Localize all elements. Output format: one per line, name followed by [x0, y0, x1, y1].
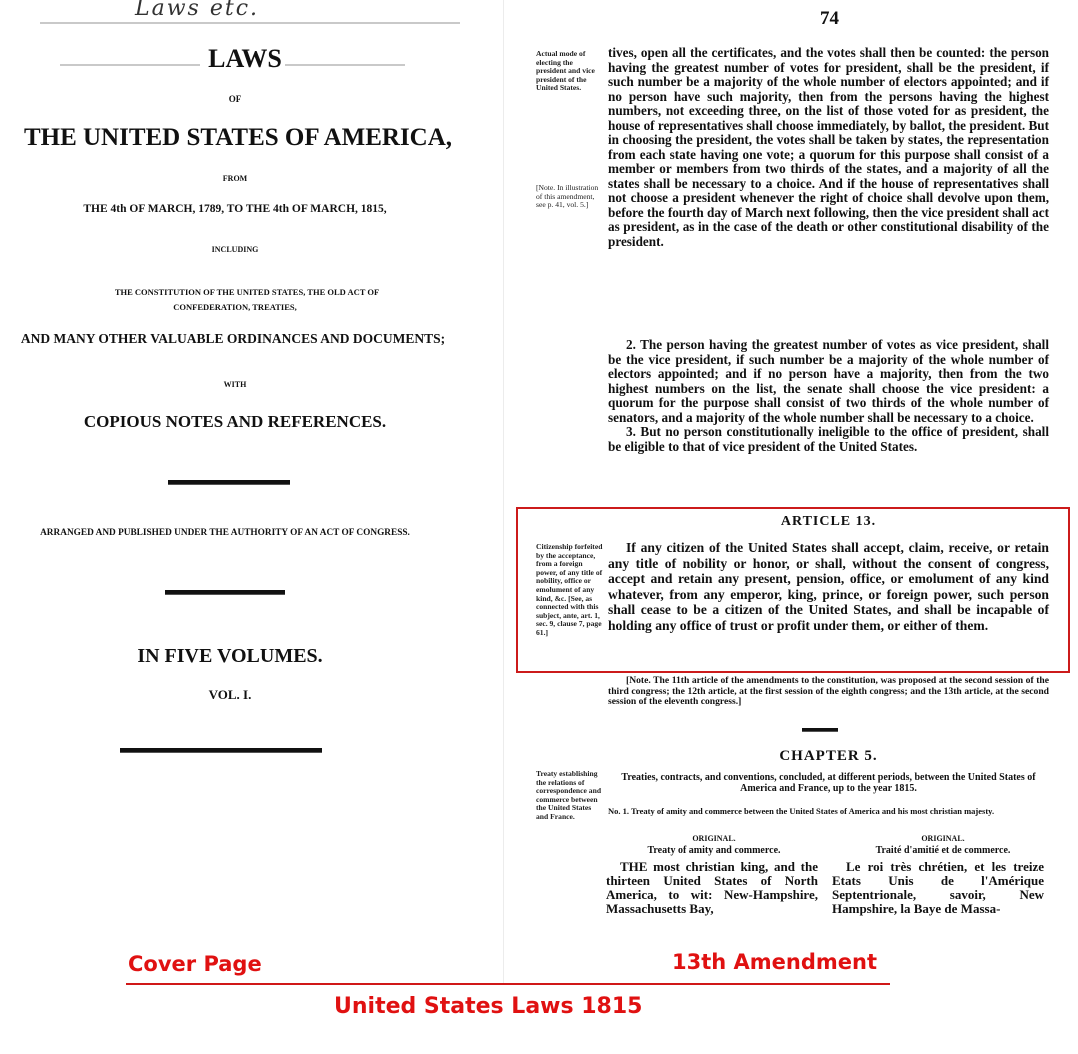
cover-many: AND MANY OTHER VALUABLE ORDINANCES AND D… [3, 331, 463, 347]
cover-country: THE UNITED STATES OF AMERICA, [8, 124, 468, 152]
cover-of: OF [0, 94, 470, 104]
caption-13th-amendment: 13th Amendment [672, 950, 877, 974]
paragraph-text: 3. But no person constitutionally inelig… [608, 425, 1049, 454]
page-number: 74 [820, 8, 839, 30]
cover-with: WITH [0, 380, 470, 389]
col-left-text: THE most christian king, and the thirtee… [606, 860, 818, 916]
paragraph-text: 2. The person having the greatest number… [608, 338, 1049, 425]
cover-title: LAWS [10, 44, 480, 74]
handwritten-note: Laws etc. [135, 0, 259, 21]
print-noise [40, 22, 460, 24]
chapter-heading: CHAPTER 5. [608, 748, 1049, 765]
caption-main-title: United States Laws 1815 [334, 994, 642, 1019]
cover-volumes: IN FIVE VOLUMES. [0, 645, 465, 668]
col-left-heading: ORIGINAL. [608, 834, 820, 843]
body-paragraph-1: tives, open all the certificates, and th… [608, 46, 1049, 249]
ornamental-rule [165, 590, 285, 595]
page-divider [503, 0, 504, 985]
cover-arranged: ARRANGED AND PUBLISHED UNDER THE AUTHORI… [0, 528, 450, 538]
cover-notes: COPIOUS NOTES AND REFERENCES. [0, 412, 470, 432]
col-right-text: Le roi très chrétien, et les treize Etat… [832, 860, 1044, 916]
caption-underline [126, 983, 890, 985]
chapter-subtitle: Treaties, contracts, and conventions, co… [608, 772, 1049, 794]
body-paragraph-2: 2. The person having the greatest number… [608, 338, 1049, 454]
cover-including: INCLUDING [0, 245, 470, 254]
margin-note-amendment: [Note. In illustration of this amendment… [536, 184, 604, 210]
col-right-title: Traité d'amitié et de commerce. [837, 845, 1049, 856]
cover-page: Laws etc. LAWS OF THE UNITED STATES OF A… [0, 0, 500, 945]
paragraph-text: Le roi très chrétien, et les treize Etat… [832, 860, 1044, 916]
caption-cover-page: Cover Page [128, 952, 262, 976]
ornamental-rule [168, 480, 290, 485]
ornamental-rule [802, 728, 838, 732]
cover-constitution-line1: THE CONSTITUTION OF THE UNITED STATES, T… [12, 287, 482, 297]
paragraph-text: THE most christian king, and the thirtee… [606, 860, 818, 916]
margin-note-election: Actual mode of electing the president an… [536, 50, 604, 93]
treaty-number: No. 1. Treaty of amity and commerce betw… [608, 806, 1049, 816]
paragraph-text: [Note. The 11th article of the amendment… [608, 676, 1049, 708]
cover-from: FROM [0, 174, 470, 183]
col-right-heading: ORIGINAL. [837, 834, 1049, 843]
article-13-highlight-box [516, 507, 1070, 673]
col-left-title: Treaty of amity and commerce. [608, 845, 820, 856]
article-note: [Note. The 11th article of the amendment… [608, 676, 1049, 708]
cover-vol: VOL. I. [0, 687, 465, 703]
paragraph-text: tives, open all the certificates, and th… [608, 46, 1049, 249]
cover-dates: THE 4th OF MARCH, 1789, TO THE 4th OF MA… [0, 203, 470, 215]
margin-note-treaty: Treaty establishing the relations of cor… [536, 770, 604, 822]
cover-constitution-line2: CONFEDERATION, TREATIES, [0, 302, 470, 312]
ornamental-rule [120, 748, 322, 753]
